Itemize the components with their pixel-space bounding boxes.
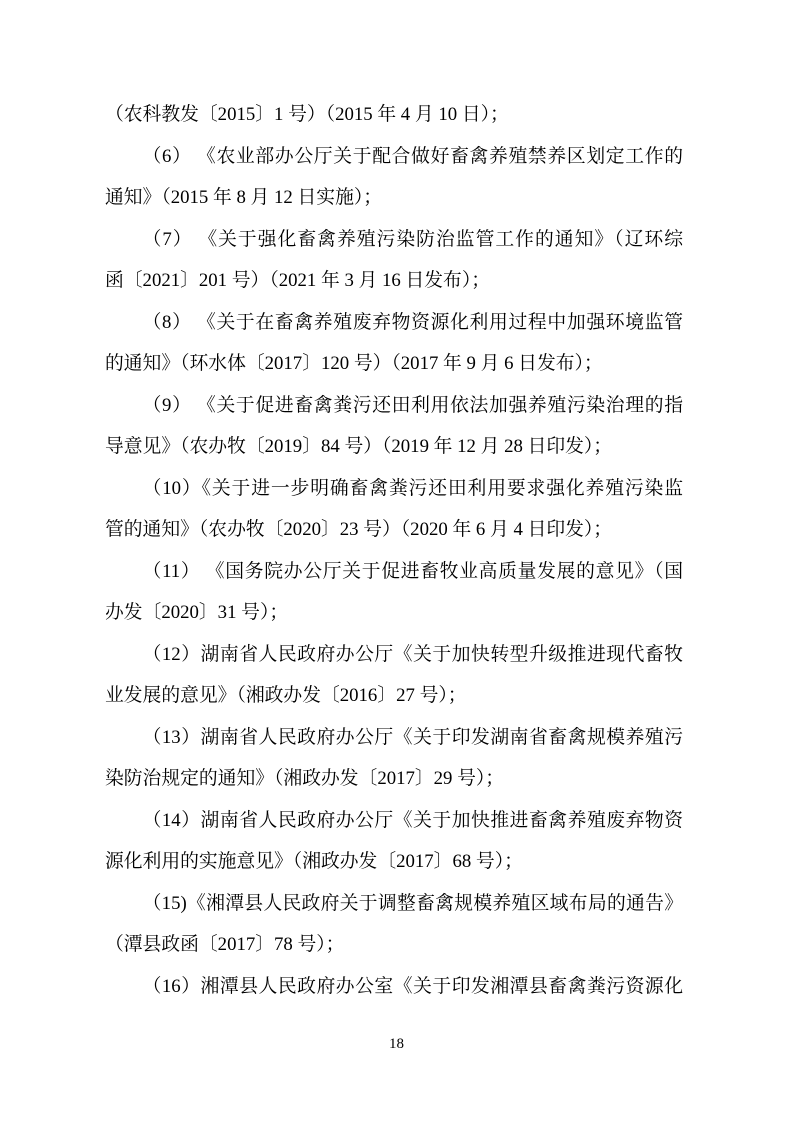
text-line: （8） 《关于在畜禽养殖废弃物资源化利用过程中加强环境监管: [105, 302, 683, 344]
paragraph: （12）湖南省人民政府办公厅《关于加快转型升级推进现代畜牧业发展的意见》（湘政办…: [105, 634, 683, 717]
paragraph: （9） 《关于促进畜禽粪污还田利用依法加强养殖污染治理的指导意见》（农办牧〔20…: [105, 385, 683, 468]
text-line: 导意见》（农办牧〔2019〕84 号）（2019 年 12 月 28 日印发）；: [105, 426, 683, 468]
text-line: （14）湖南省人民政府办公厅《关于加快推进畜禽养殖废弃物资: [105, 800, 683, 842]
paragraph: （10）《关于进一步明确畜禽粪污还田利用要求强化养殖污染监管的通知》（农办牧〔2…: [105, 468, 683, 551]
text-line: 染防治规定的通知》（湘政办发〔2017〕29 号）；: [105, 758, 683, 800]
text-line: （15)《湘潭县人民政府关于调整畜禽规模养殖区域布局的通告》: [105, 883, 683, 925]
paragraph: （13）湖南省人民政府办公厅《关于印发湖南省畜禽规模养殖污染防治规定的通知》（湘…: [105, 717, 683, 800]
text-line: 管的通知》（农办牧〔2020〕23 号）（2020 年 6 月 4 日印发）；: [105, 509, 683, 551]
text-line: （农科教发〔2015〕1 号）（2015 年 4 月 10 日）；: [105, 94, 683, 136]
text-line: （9） 《关于促进畜禽粪污还田利用依法加强养殖污染治理的指: [105, 385, 683, 427]
document-body: （农科教发〔2015〕1 号）（2015 年 4 月 10 日）；（6） 《农业…: [105, 94, 683, 1007]
text-line: （10）《关于进一步明确畜禽粪污还田利用要求强化养殖污染监: [105, 468, 683, 510]
paragraph: （6） 《农业部办公厅关于配合做好畜禽养殖禁养区划定工作的通知》（2015 年 …: [105, 136, 683, 219]
text-line: （6） 《农业部办公厅关于配合做好畜禽养殖禁养区划定工作的: [105, 136, 683, 178]
paragraph: （15)《湘潭县人民政府关于调整畜禽规模养殖区域布局的通告》（潭县政函〔2017…: [105, 883, 683, 966]
text-line: 通知》（2015 年 8 月 12 日实施）；: [105, 177, 683, 219]
text-line: （11） 《国务院办公厅关于促进畜牧业高质量发展的意见》（国: [105, 551, 683, 593]
document-page: （农科教发〔2015〕1 号）（2015 年 4 月 10 日）；（6） 《农业…: [0, 0, 793, 1122]
text-line: 业发展的意见》（湘政办发〔2016〕27 号）；: [105, 675, 683, 717]
text-line: （12）湖南省人民政府办公厅《关于加快转型升级推进现代畜牧: [105, 634, 683, 676]
text-line: 办发〔2020〕31 号）；: [105, 592, 683, 634]
text-line: 的通知》（环水体〔2017〕120 号）（2017 年 9 月 6 日发布）；: [105, 343, 683, 385]
text-line: 源化利用的实施意见》（湘政办发〔2017〕68 号）；: [105, 841, 683, 883]
text-line: （潭县政函〔2017〕78 号）；: [105, 924, 683, 966]
page-number: 18: [0, 1033, 793, 1055]
text-line: （13）湖南省人民政府办公厅《关于印发湖南省畜禽规模养殖污: [105, 717, 683, 759]
paragraph: （11） 《国务院办公厅关于促进畜牧业高质量发展的意见》（国办发〔2020〕31…: [105, 551, 683, 634]
text-line: （7） 《关于强化畜禽养殖污染防治监管工作的通知》（辽环综: [105, 219, 683, 261]
paragraph: （7） 《关于强化畜禽养殖污染防治监管工作的通知》（辽环综函〔2021〕201 …: [105, 219, 683, 302]
paragraph: （农科教发〔2015〕1 号）（2015 年 4 月 10 日）；: [105, 94, 683, 136]
text-line: （16）湘潭县人民政府办公室《关于印发湘潭县畜禽粪污资源化: [105, 966, 683, 1008]
paragraph: （14）湖南省人民政府办公厅《关于加快推进畜禽养殖废弃物资源化利用的实施意见》（…: [105, 800, 683, 883]
paragraph: （16）湘潭县人民政府办公室《关于印发湘潭县畜禽粪污资源化: [105, 966, 683, 1008]
paragraph: （8） 《关于在畜禽养殖废弃物资源化利用过程中加强环境监管的通知》（环水体〔20…: [105, 302, 683, 385]
text-line: 函〔2021〕201 号）（2021 年 3 月 16 日发布）；: [105, 260, 683, 302]
